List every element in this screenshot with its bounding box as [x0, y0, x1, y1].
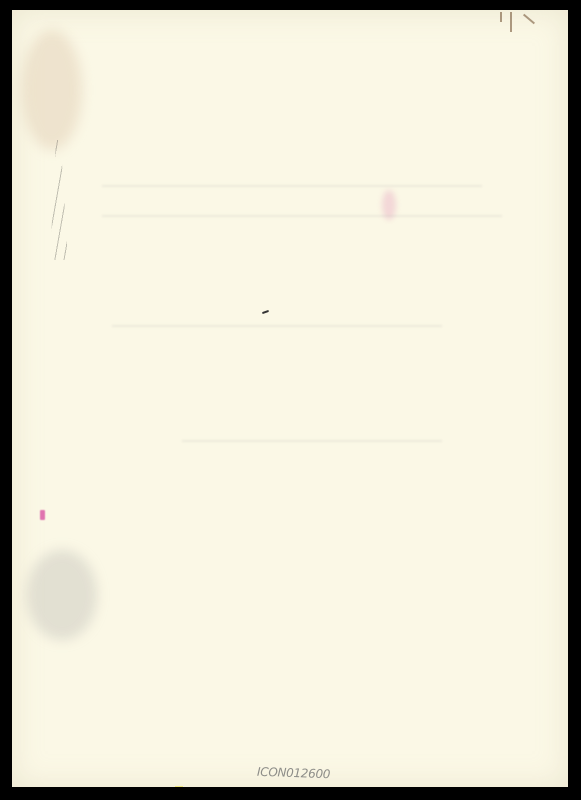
paper-stain — [22, 30, 82, 150]
scan-background: ICON012600 — [0, 0, 581, 800]
corner-marks — [498, 10, 548, 50]
show-through-line — [102, 215, 502, 217]
ink-speck — [40, 510, 45, 520]
show-through-marks — [44, 140, 74, 260]
show-through-smudge — [27, 550, 97, 640]
pencil-speck — [262, 310, 269, 314]
show-through-line — [102, 185, 482, 187]
show-through-line — [112, 325, 442, 327]
catalog-number: ICON012600 — [257, 765, 331, 782]
show-through-line — [182, 440, 442, 442]
yellow-speck — [175, 786, 183, 787]
paper-sheet: ICON012600 — [12, 10, 568, 787]
